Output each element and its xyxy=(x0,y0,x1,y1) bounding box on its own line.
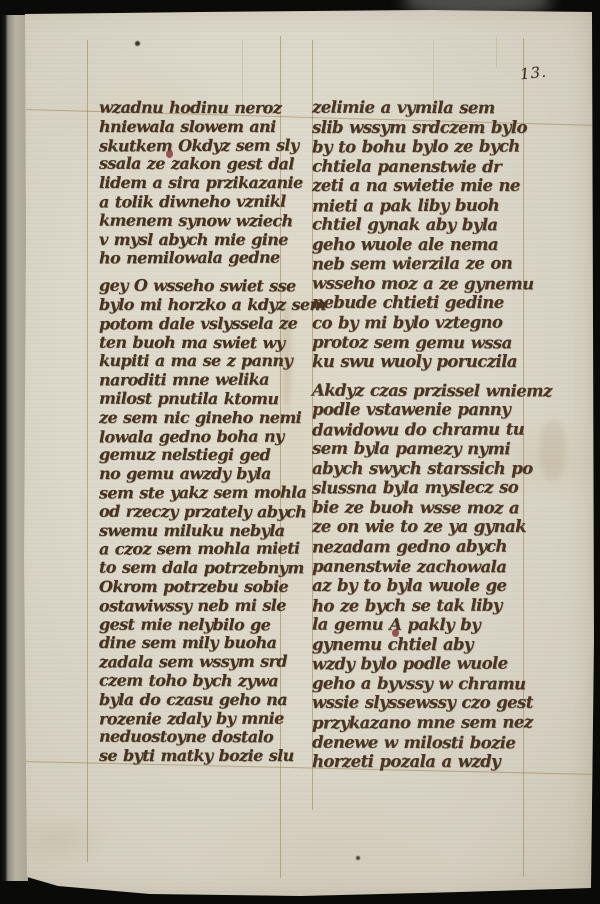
text-line: zelimie a vymila sem xyxy=(312,98,526,118)
text-line: od rzeczy przately abych xyxy=(99,502,297,521)
text-column-right: zelimie a vymila semslib wssym srdczem b… xyxy=(312,98,526,772)
text-line: protoz sem gemu wssa xyxy=(312,332,526,352)
text-line: ssala ze zakon gest dal xyxy=(99,155,297,174)
text-line: dine sem mily buoha xyxy=(99,634,297,653)
text-line: co by mi bylo vztegno xyxy=(312,313,526,333)
red-initial-accent xyxy=(392,629,399,637)
text-line: podle vstawenie panny xyxy=(312,400,526,420)
text-line: chtiela panenstwie dr xyxy=(312,156,526,176)
text-line: mieti a pak liby buoh xyxy=(312,195,526,215)
text-line: swemu miluku nebyla xyxy=(99,522,297,541)
text-line: sem ste yakz sem mohla xyxy=(99,484,297,504)
text-line: v mysl abych mie gine xyxy=(99,231,297,250)
text-line: la gemu A pakly by xyxy=(312,615,526,635)
text-line: gynemu chtiel aby xyxy=(312,635,526,655)
text-line: se byti matky bozie slu xyxy=(99,747,297,766)
text-line: ho nemilowala gedne xyxy=(99,249,297,269)
text-line: sem byla pamezy nymi xyxy=(312,439,526,459)
text-line: wssie slyssewssy czo gest xyxy=(312,693,526,713)
text-line: naroditi mne welika xyxy=(99,371,297,391)
text-line: Akdyz czas przissel wniemz xyxy=(312,380,526,400)
text-line: wzadnu hodinu neroz xyxy=(99,99,297,118)
text-line: gey O wsseho swiet sse xyxy=(99,277,297,296)
manuscript-page: 13. wzadnu hodinu nerozhniewala slowem a… xyxy=(0,0,600,904)
text-line: slib wssym srdczem bylo xyxy=(312,118,526,138)
paper-stain xyxy=(540,420,566,480)
text-line: bie ze buoh wsse moz a xyxy=(312,498,526,518)
paragraph: gey O wsseho swiet ssebylo mi horzko a k… xyxy=(99,277,297,766)
text-line: nebude chtieti gedine xyxy=(312,293,526,313)
paragraph: wzadnu hodinu nerozhniewala slowem anisk… xyxy=(99,99,297,268)
paragraph: zelimie a vymila semslib wssym srdczem b… xyxy=(312,98,526,372)
text-line: abych swych starssich po xyxy=(312,459,526,479)
text-line: czem toho bych zywa xyxy=(99,672,297,691)
text-line: geho a byvssy w chramu xyxy=(312,673,526,693)
under-page-edge xyxy=(2,15,28,881)
text-line: chtiel gynak aby byla xyxy=(312,215,526,235)
text-line: zadala sem wssym srd xyxy=(99,653,297,673)
text-line: panenstwie zachowala xyxy=(312,556,526,576)
ruling-line-left-margin xyxy=(87,40,88,862)
text-line: geho wuole ale nema xyxy=(312,235,526,255)
text-line: gest mie nelybilo ge xyxy=(99,615,297,634)
text-line: ze on wie to ze ya gynak xyxy=(312,517,526,537)
photo-background: 13. wzadnu hodinu nerozhniewala slowem a… xyxy=(0,0,600,904)
ruling-line-showthrough-3 xyxy=(496,36,497,68)
text-line: ze sem nic gineho nemi xyxy=(99,409,297,428)
text-line: przykazano mne sem nez xyxy=(312,712,526,732)
text-line: a czoz sem mohla mieti xyxy=(99,540,297,560)
text-line: a tolik diwneho vznikl xyxy=(99,193,297,213)
text-line: neb sem wierzila ze on xyxy=(312,254,526,274)
text-line: to sem dala potrzebnym xyxy=(99,559,297,578)
text-line: bylo mi horzko a kdyz sem xyxy=(99,296,297,315)
paper-stain xyxy=(282,300,291,410)
text-line: lidem a sira przikazanie xyxy=(99,174,297,193)
text-line: kmenem synow wziech xyxy=(99,211,297,230)
text-line: Okrom potrzebu sobie xyxy=(99,578,297,597)
text-line: ostawiwssy neb mi sle xyxy=(99,596,297,616)
text-line: slussna byla myslecz so xyxy=(312,478,526,498)
ink-speck xyxy=(135,41,140,46)
ink-speck xyxy=(356,856,360,860)
text-line: milost pnutila ktomu xyxy=(99,390,297,409)
text-line: wzdy bylo podle wuole xyxy=(312,654,526,674)
text-line: byla do czasu geho na xyxy=(99,691,297,710)
text-line: dawidowu do chramu tu xyxy=(312,419,526,439)
text-line: horzeti pozala a wzdy xyxy=(312,752,526,772)
text-line: az by to byla wuole ge xyxy=(312,576,526,596)
text-line: ku swu wuoly poruczila xyxy=(312,352,526,372)
text-line: zeti a na swietie mie ne xyxy=(312,176,526,196)
text-line: nezadam gedno abych xyxy=(312,537,526,557)
paragraph: Akdyz czas przissel wniemzpodle vstaweni… xyxy=(312,381,526,772)
text-line: ten buoh ma swiet wy xyxy=(99,333,297,352)
text-line: potom dale vslyssela ze xyxy=(99,314,297,334)
text-line: wsseho moz a ze gynemu xyxy=(312,274,526,294)
text-line: no gemu awzdy byla xyxy=(99,465,297,484)
folio-number: 13. xyxy=(519,63,548,84)
red-initial-accent xyxy=(166,150,173,158)
text-line: hniewala slowem ani xyxy=(99,118,297,137)
text-column-left: wzadnu hodinu nerozhniewala slowem anisk… xyxy=(99,99,297,766)
text-line: kupiti a ma se z panny xyxy=(99,352,297,371)
text-line: ho ze bych se tak liby xyxy=(312,595,526,615)
text-line: by to bohu bylo ze bych xyxy=(312,137,526,157)
text-line: neduostoyne dostalo xyxy=(99,728,297,747)
text-line: gemuz nelstiegi ged xyxy=(99,446,297,465)
text-line: denewe w milosti bozie xyxy=(312,732,526,752)
